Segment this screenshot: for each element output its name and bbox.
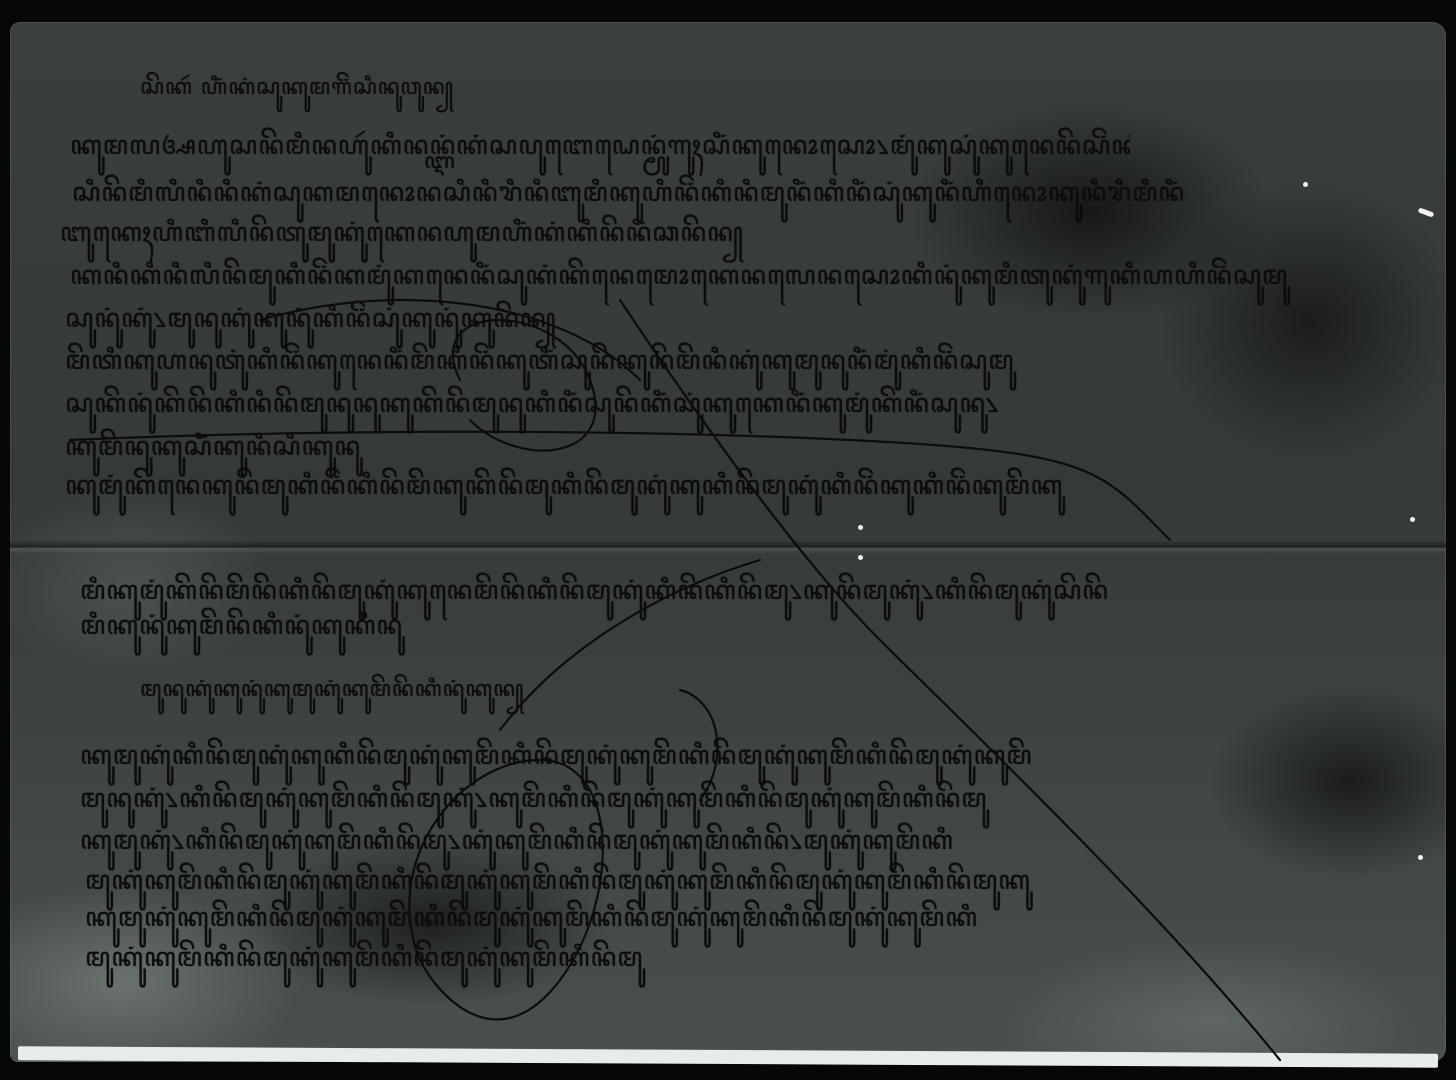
- manuscript-line: ꦏꦸꦩꦭꦄꦲꦸꦱꦤꦼꦩꦶꦤꦲꦸꦂꦏꦶꦤꦤ꧀ꦆꦁꦏꦁꦱꦥꦸꦧꦺꦝꦺꦤ꧀ꦩꦸꦁꦒꦸꦃ…: [70, 125, 1130, 178]
- light-speck: [1410, 517, 1415, 522]
- light-speck: [858, 525, 863, 530]
- manuscript-line: ꦩꦶꦏꦸꦤꦸꦁꦏꦸꦩꦼꦤꦼꦏꦶꦤꦸꦁꦏꦸꦏꦶꦤꦸ: [80, 605, 540, 658]
- light-speck: [1303, 182, 1308, 187]
- light-speck: [1418, 855, 1423, 860]
- light-speck: [858, 555, 863, 560]
- page-fold-crease: [10, 540, 1446, 554]
- section-3-header-line: ꦩꦸꦤꦸꦏꦸꦁꦏꦸꦤꦸꦁꦏꦸꦩꦸꦏꦸꦁꦏꦸꦩꦼꦤꦼꦏꦶꦤꦸꦁꦏꦸꦤ꧀: [140, 672, 700, 717]
- manuscript-line: ꦏꦸꦩꦸꦁꦏꦼꦤꦺꦏꦸꦤꦼꦩꦸꦏꦶꦤꦼꦁꦏꦶꦤꦼꦩꦼꦏꦸꦏꦼꦤꦼꦩꦸꦏꦶꦤꦼꦩꦸ…: [65, 465, 1415, 518]
- manuscript-header-line: ꦱꦼꦏꦂ ꦲꦶꦁꦏꦁꦱꦸꦏꦸꦩꦒꦼꦁꦱꦶꦤꦸꦮꦸꦤ꧀: [140, 70, 660, 115]
- manuscript-line: ꦩꦸꦏꦸꦁꦏꦸꦩꦼꦏꦶꦤꦼꦩꦸꦏꦸꦁꦏꦸꦩꦼꦏꦶꦤꦼꦩꦸꦏꦸꦁꦏꦸꦩꦼꦏꦶꦤꦼꦩ…: [85, 937, 965, 990]
